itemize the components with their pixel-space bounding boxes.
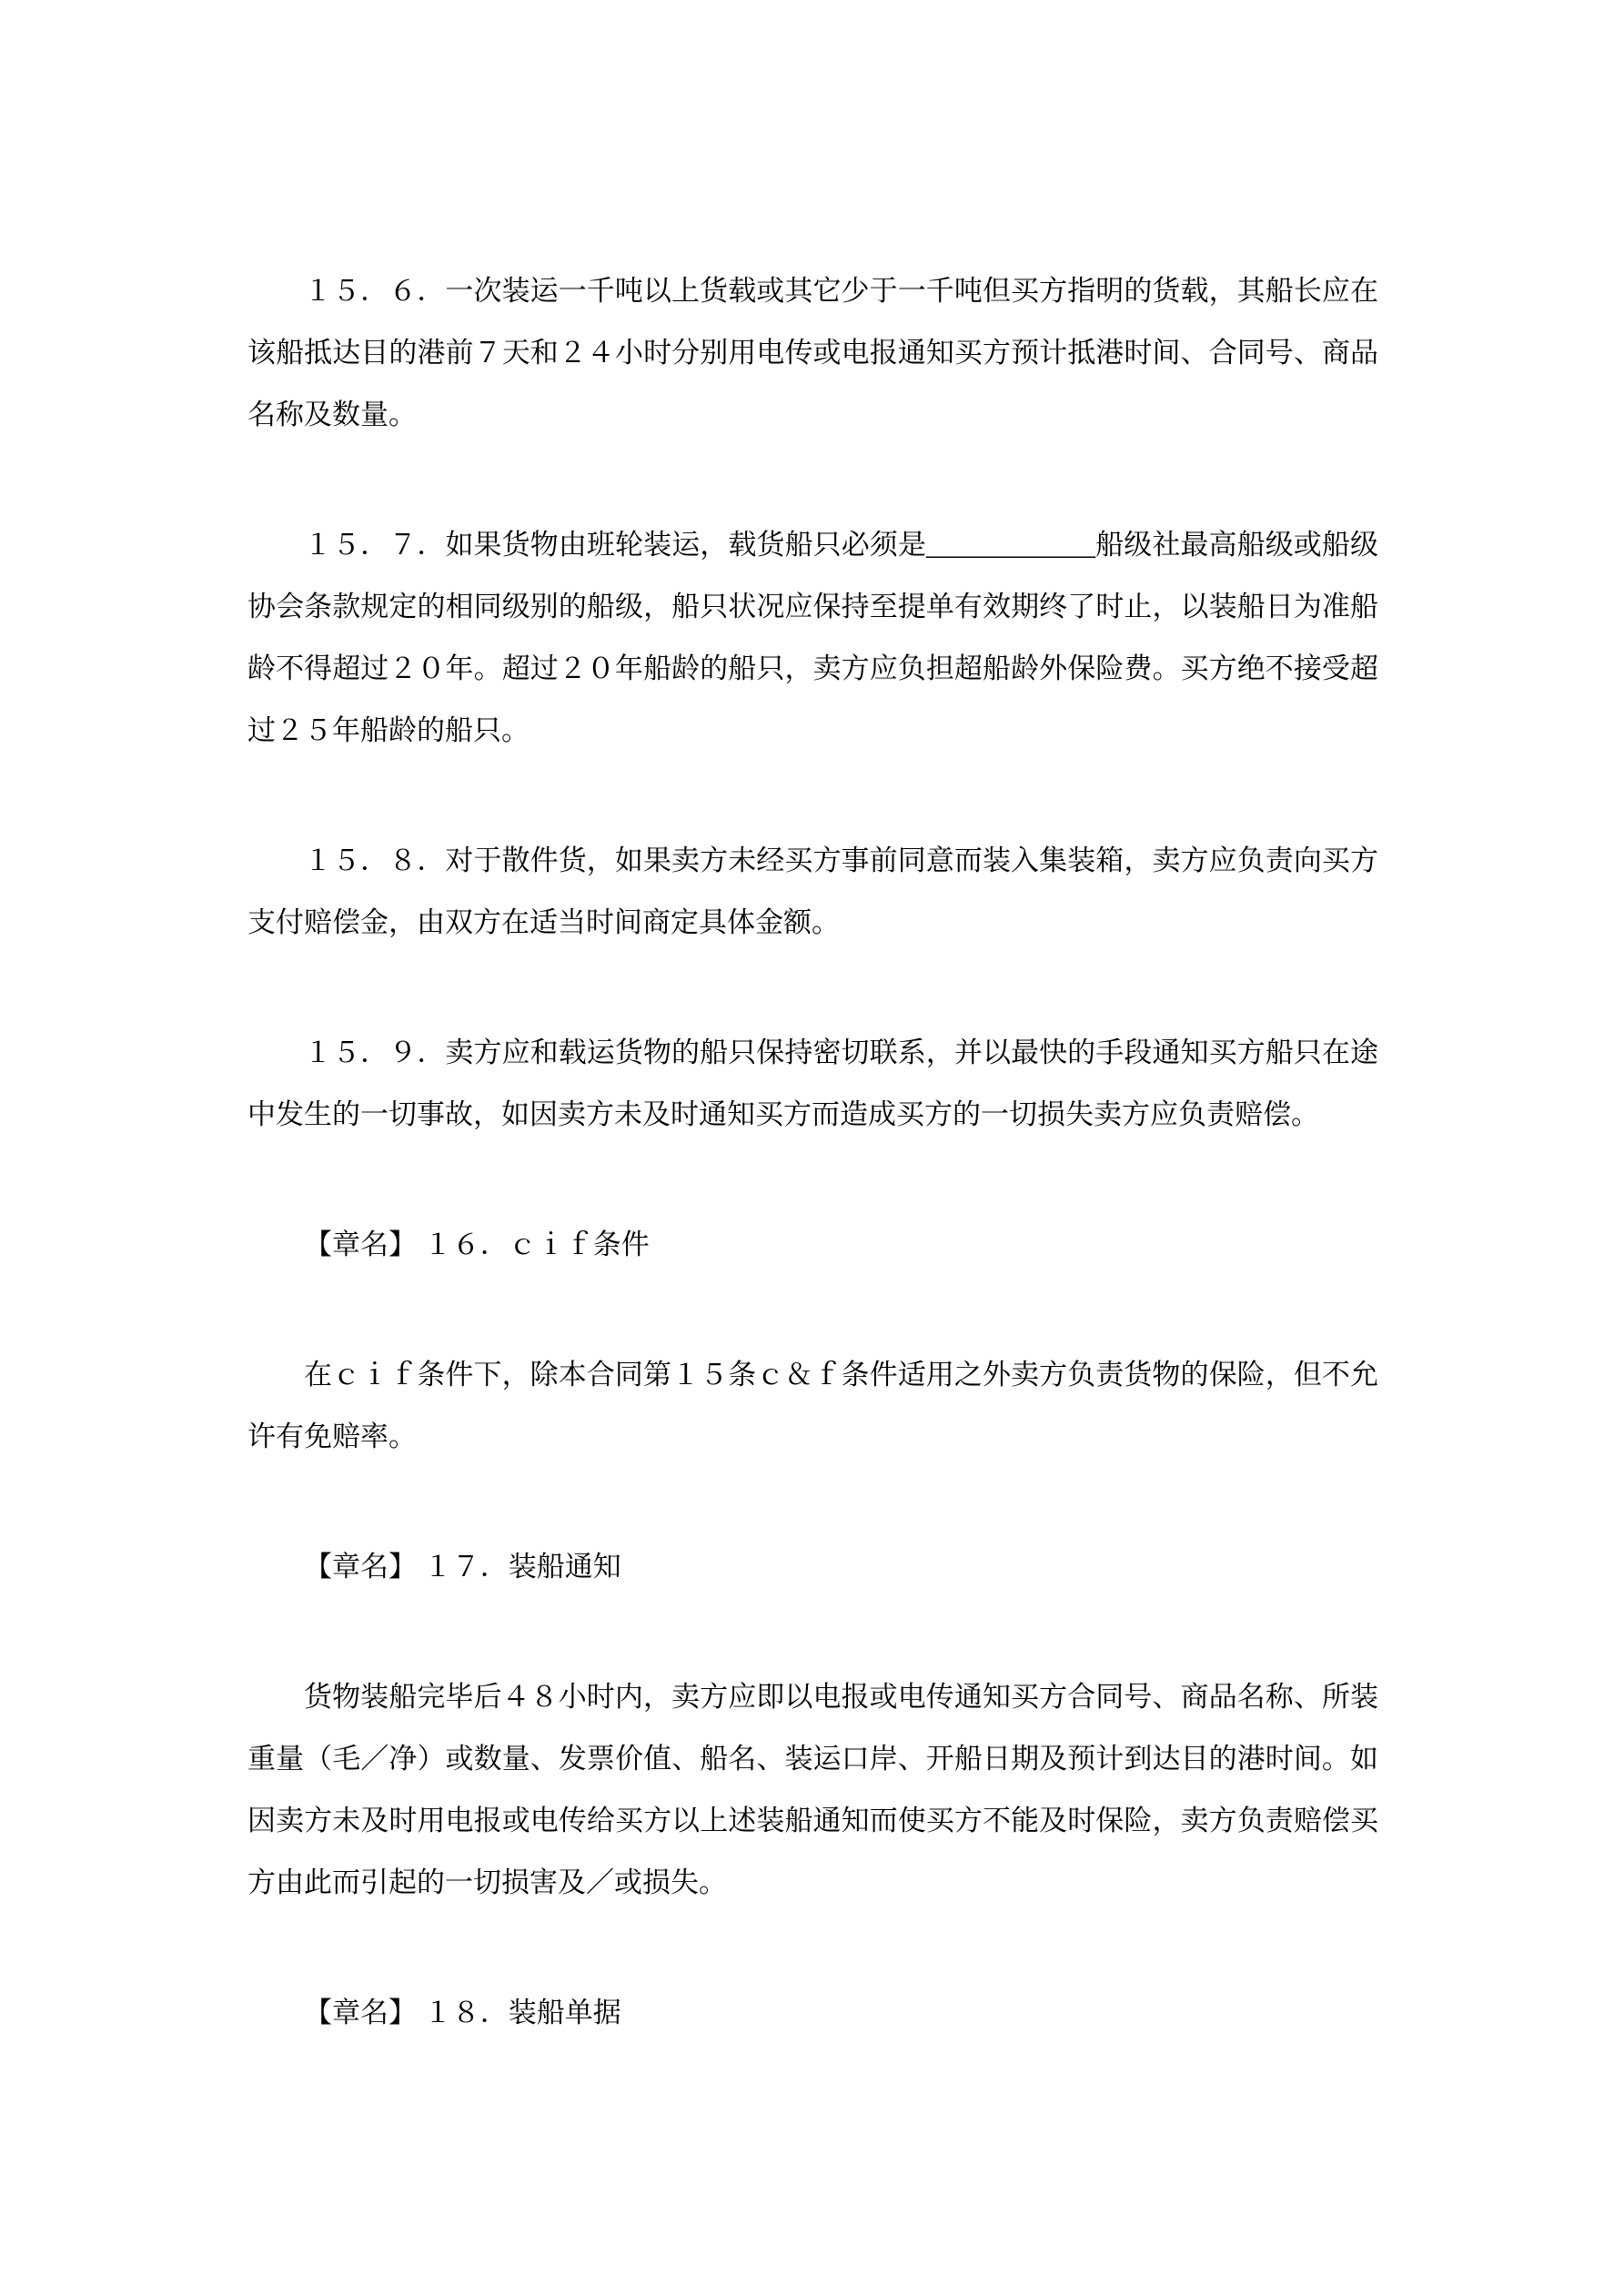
- clause-15-8-line-2: 支付赔偿金，由双方在适当时间商定具体金额。: [247, 892, 1378, 954]
- contract-text: １５．６．一次装运一千吨以上货载或其它少于一千吨但买方指明的货载，其船长应在该船…: [247, 260, 1378, 2112]
- clause-15-9-line-1: １５．９．卖方应和载运货物的船只保持密切联系，并以最快的手段通知买方船只在途: [247, 1022, 1378, 1084]
- clause-17-body-line-4: 方由此而引起的一切损害及／或损失。: [247, 1852, 1378, 1914]
- document-page: １５．６．一次装运一千吨以上货载或其它少于一千吨但买方指明的货载，其船长应在该船…: [0, 0, 1624, 2296]
- chapter-17-heading: 【章名】 １７．装船通知: [247, 1536, 1378, 1598]
- clause-15-9: １５．９．卖方应和载运货物的船只保持密切联系，并以最快的手段通知买方船只在途中发…: [247, 1022, 1378, 1146]
- clause-16-body-line-1: 在ｃｉｆ条件下，除本合同第１５条ｃ＆ｆ条件适用之外卖方负责货物的保险，但不允: [247, 1344, 1378, 1406]
- clause-16-body: 在ｃｉｆ条件下，除本合同第１５条ｃ＆ｆ条件适用之外卖方负责货物的保险，但不允许有…: [247, 1344, 1378, 1468]
- clause-15-8-line-1: １５．８．对于散件货，如果卖方未经买方事前同意而装入集装箱，卖方应负责向买方: [247, 830, 1378, 892]
- clause-17-body-line-1: 货物装船完毕后４８小时内，卖方应即以电报或电传通知买方合同号、商品名称、所装: [247, 1666, 1378, 1728]
- clause-15-9-line-2: 中发生的一切事故，如因卖方未及时通知买方而造成买方的一切损失卖方应负责赔偿。: [247, 1084, 1378, 1146]
- clause-17-body-line-2: 重量（毛／净）或数量、发票价值、船名、装运口岸、开船日期及预计到达目的港时间。如: [247, 1728, 1378, 1790]
- clause-15-7-line-4: 过２５年船龄的船只。: [247, 700, 1378, 762]
- clause-16-body-line-2: 许有免赔率。: [247, 1406, 1378, 1468]
- chapter-18-heading: 【章名】 １８．装船单据: [247, 1982, 1378, 2044]
- clause-15-7: １５．７．如果货物由班轮装运，载货船只必须是____________船级社最高船…: [247, 514, 1378, 762]
- chapter-16-heading: 【章名】 １６．ｃｉｆ条件: [247, 1214, 1378, 1276]
- clause-15-6-line-1: １５．６．一次装运一千吨以上货载或其它少于一千吨但买方指明的货载，其船长应在: [247, 260, 1378, 322]
- clause-15-7-line-3: 龄不得超过２０年。超过２０年船龄的船只，卖方应负担超船龄外保险费。买方绝不接受超: [247, 638, 1378, 700]
- clause-17-body: 货物装船完毕后４８小时内，卖方应即以电报或电传通知买方合同号、商品名称、所装重量…: [247, 1666, 1378, 1914]
- clause-15-8: １５．８．对于散件货，如果卖方未经买方事前同意而装入集装箱，卖方应负责向买方支付…: [247, 830, 1378, 954]
- clause-15-6-line-3: 名称及数量。: [247, 384, 1378, 446]
- clause-15-6-line-2: 该船抵达目的港前７天和２４小时分别用电传或电报通知买方预计抵港时间、合同号、商品: [247, 322, 1378, 384]
- clause-15-7-line-1: １５．７．如果货物由班轮装运，载货船只必须是____________船级社最高船…: [247, 514, 1378, 576]
- clause-17-body-line-3: 因卖方未及时用电报或电传给买方以上述装船通知而使买方不能及时保险，卖方负责赔偿买: [247, 1790, 1378, 1852]
- clause-15-6: １５．６．一次装运一千吨以上货载或其它少于一千吨但买方指明的货载，其船长应在该船…: [247, 260, 1378, 446]
- clause-15-7-line-2: 协会条款规定的相同级别的船级，船只状况应保持至提单有效期终了时止，以装船日为准船: [247, 576, 1378, 638]
